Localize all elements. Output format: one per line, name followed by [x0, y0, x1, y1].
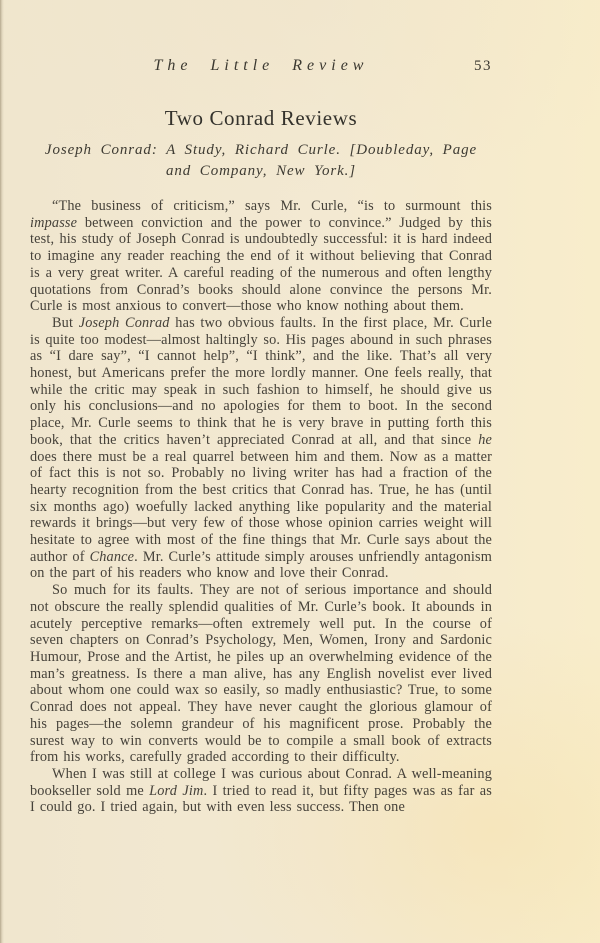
scan-edge-shadow [0, 0, 4, 943]
citation-line: Joseph Conrad: A Study, Richard Curle. [… [30, 140, 492, 161]
citation: Joseph Conrad: A Study, Richard Curle. [… [30, 140, 492, 182]
article-body: “The business of criticism,” says Mr. Cu… [30, 198, 492, 816]
paragraph: But Joseph Conrad has two obvious faults… [30, 315, 492, 582]
text-run: has two obvious faults. In the first pla… [30, 315, 492, 448]
article-title: Two Conrad Reviews [30, 106, 492, 131]
paragraph: So much for its faults. They are not of … [30, 582, 492, 766]
text-run: does there must be a real quarrel betwee… [30, 449, 492, 565]
paragraph: When I was still at college I was curiou… [30, 766, 492, 816]
italic-text-run: Joseph Conrad [79, 315, 170, 331]
page-number: 53 [474, 58, 492, 75]
italic-text-run: he [478, 432, 492, 448]
text-run: “The business of criticism,” says Mr. Cu… [52, 198, 492, 214]
text-run: between conviction and the power to conv… [30, 215, 492, 315]
text-run: But [52, 315, 79, 331]
text-run: So much for its faults. They are not of … [30, 582, 492, 765]
paragraph: “The business of criticism,” says Mr. Cu… [30, 198, 492, 315]
citation-line: and Company, New York.] [30, 161, 492, 182]
scanned-page: The Little Review 53 Two Conrad Reviews … [0, 0, 600, 943]
journal-title: The Little Review [30, 57, 492, 75]
italic-text-run: Lord Jim [149, 783, 203, 799]
italic-text-run: Chance [90, 549, 135, 565]
italic-text-run: impasse [30, 215, 77, 231]
page-content: The Little Review 53 Two Conrad Reviews … [30, 0, 492, 816]
page-header: The Little Review 53 [30, 57, 492, 79]
